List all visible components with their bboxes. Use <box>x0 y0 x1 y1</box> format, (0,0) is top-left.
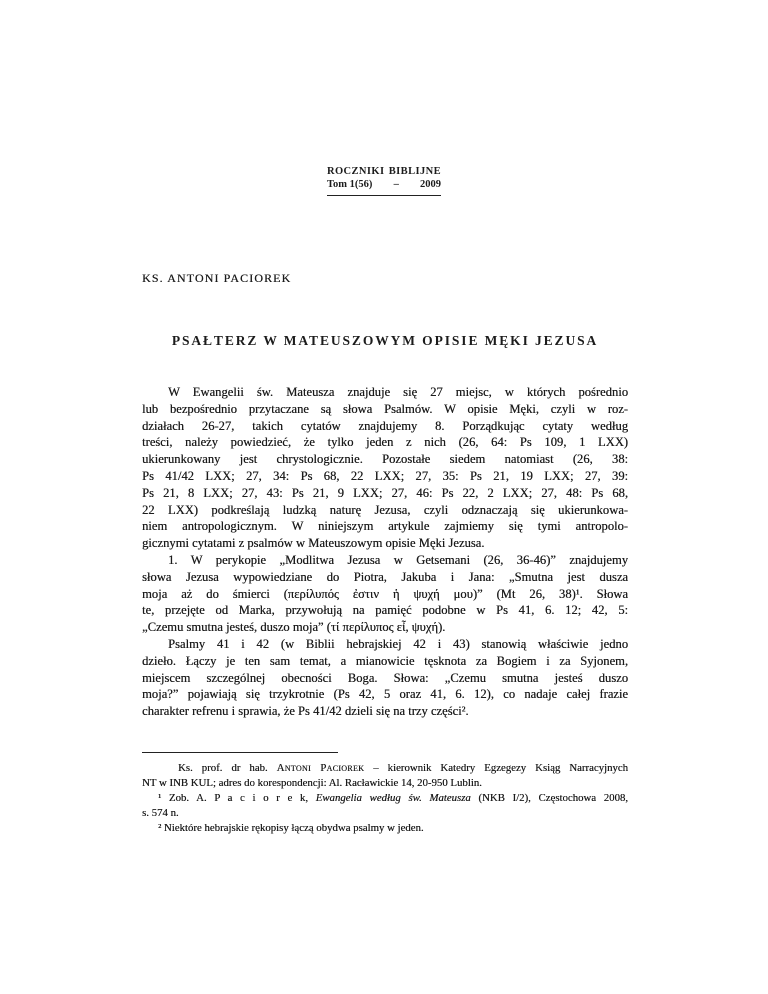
body-paragraph: W Ewangelii św. Mateusza znajduje się 27… <box>142 384 628 552</box>
text-line: działach 26-27, takich cytatów znajdujem… <box>142 418 628 435</box>
journal-header: ROCZNIKI BIBLIJNE Tom 1(56) – 2009 <box>0 166 768 196</box>
text-line: niem antropologicznym. W niniejszym arty… <box>142 518 628 535</box>
volume-year: 2009 <box>420 179 441 191</box>
footnote-text: – kierownik Katedry Egzegezy Ksiąg Narra… <box>364 762 628 774</box>
text-line: Psalmy 41 i 42 (w Biblii hebrajskiej 42 … <box>142 636 628 653</box>
footnote-entry: ¹ Zob. A. P a c i o r e k, Ewangelia wed… <box>142 791 628 821</box>
article-title: PSAŁTERZ W MATEUSZOWYM OPISIE MĘKI JEZUS… <box>142 333 628 349</box>
footnote-line: ² Niektóre hebrajskie rękopisy łączą oby… <box>142 821 628 836</box>
text-line: Ps 41/42 LXX; 27, 34: Ps 68, 22 LXX; 27,… <box>142 468 628 485</box>
text-line: charakter refrenu i sprawia, że Ps 41/42… <box>142 703 628 720</box>
text-line: moja?” pojawiają się trzykrotnie (Ps 42,… <box>142 686 628 703</box>
text-line: treści, należy powiedzieć, że tylko jede… <box>142 434 628 451</box>
footnote-line: Ks. prof. dr hab. Antoni Paciorek – kier… <box>142 761 628 776</box>
footnote-line: ¹ Zob. A. P a c i o r e k, Ewangelia wed… <box>142 791 628 806</box>
italic-text: Ewangelia według św. Mateusza <box>316 792 471 804</box>
journal-page: ROCZNIKI BIBLIJNE Tom 1(56) – 2009 KS. A… <box>0 0 768 994</box>
text-line: te, przejęte od Marka, przywołują na pam… <box>142 602 628 619</box>
text-line: 1. W perykopie „Modlitwa Jezusa w Getsem… <box>142 552 628 569</box>
footnote-line: s. 574 n. <box>142 806 628 821</box>
footnote-text: Ks. prof. dr hab. <box>178 762 277 774</box>
author-line: KS. ANTONI PACIOREK <box>142 271 291 285</box>
journal-title-word: BIBLIJNE <box>389 166 441 178</box>
journal-title: ROCZNIKI BIBLIJNE <box>327 166 441 178</box>
text-line: „Czemu smutna jesteś, duszo moja” (τί πε… <box>142 619 628 636</box>
footnote-text: s. 574 n. <box>142 807 179 819</box>
text-line: moja aż do śmierci (περίλυπός ἐστιν ἡ ψυ… <box>142 586 628 603</box>
text-line: słowa Jezusa wypowiedziane do Piotra, Ja… <box>142 569 628 586</box>
footnotes: Ks. prof. dr hab. Antoni Paciorek – kier… <box>142 761 628 836</box>
volume-label: Tom 1(56) <box>327 179 372 191</box>
volume-dash: – <box>394 179 399 191</box>
footnote-text: ² Niektóre hebrajskie rękopisy łączą oby… <box>158 822 424 834</box>
body-paragraph: Psalmy 41 i 42 (w Biblii hebrajskiej 42 … <box>142 636 628 720</box>
smallcaps-name: Antoni Paciorek <box>277 762 365 774</box>
footnote-separator <box>142 752 338 753</box>
article-body: W Ewangelii św. Mateusza znajduje się 27… <box>142 384 628 720</box>
text-line: dzieło. Łączy je ten sam temat, a mianow… <box>142 653 628 670</box>
footnote-entry: Ks. prof. dr hab. Antoni Paciorek – kier… <box>142 761 628 791</box>
journal-title-word: ROCZNIKI <box>327 166 384 178</box>
text-line: 22 LXX) podkreślają ludzką naturę Jezusa… <box>142 502 628 519</box>
footnote-text: ¹ Zob. A. P a c i o r e k, <box>158 792 316 804</box>
text-line: lub bezpośrednio przytaczane są słowa Ps… <box>142 401 628 418</box>
footnote-text: (NKB I/2), Częstochowa 2008, <box>471 792 628 804</box>
body-paragraph: 1. W perykopie „Modlitwa Jezusa w Getsem… <box>142 552 628 636</box>
header-rule <box>327 195 441 196</box>
text-line: W Ewangelii św. Mateusza znajduje się 27… <box>142 384 628 401</box>
text-line: Ps 21, 8 LXX; 27, 43: Ps 21, 9 LXX; 27, … <box>142 485 628 502</box>
text-line: miejscem szczególnej obecności Boga. Sło… <box>142 670 628 687</box>
footnote-text: NT w INB KUL; adres do korespondencji: A… <box>142 777 482 789</box>
text-line: ukierunkowany jest chrystologicznie. Poz… <box>142 451 628 468</box>
text-line: gicznymi cytatami z psalmów w Mateuszowy… <box>142 535 628 552</box>
journal-header-block: ROCZNIKI BIBLIJNE Tom 1(56) – 2009 <box>327 166 441 196</box>
footnote-line: NT w INB KUL; adres do korespondencji: A… <box>142 776 628 791</box>
footnote-entry: ² Niektóre hebrajskie rękopisy łączą oby… <box>142 821 628 836</box>
volume-line: Tom 1(56) – 2009 <box>327 179 441 191</box>
